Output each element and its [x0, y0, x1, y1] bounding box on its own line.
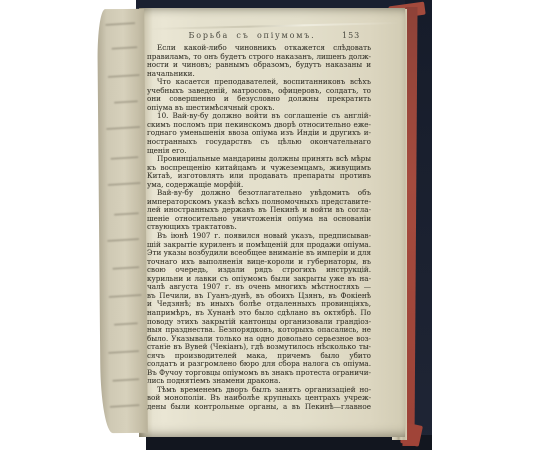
text-line: къ воспрещенію китайцамъ и чужеземцамъ, …	[147, 164, 371, 173]
book-photo: Борьба съ опіумомъ. 153 Если какой-либо …	[0, 0, 550, 450]
text-line: ныя празднества. Безпорядковъ, которыхъ …	[147, 326, 371, 335]
text-line: опіума въ шестимѣсячный срокъ.	[147, 104, 371, 113]
text-line: въ Печили, въ Гуанъ-дунѣ, въ обоихъ Цзян…	[147, 292, 371, 301]
text-line: скимъ посломъ при пекинскомъ дворѣ относ…	[147, 121, 371, 130]
blurred-text-fragment	[109, 294, 142, 298]
text-line: точнаго ихъ выполненія вице-короли и губ…	[147, 258, 371, 267]
blurred-text-fragment	[106, 126, 140, 130]
text-line: поводу этихъ закрытій кантонцы организов…	[147, 318, 371, 327]
text-line: годнаго уменьшенія ввоза опіума изъ Инді…	[147, 129, 371, 138]
text-line: шеніе относительно уничтоженія опіума на…	[147, 215, 371, 224]
blurred-text-fragment	[112, 378, 139, 382]
page-text: Если какой-либо чиновникъ откажется слѣд…	[147, 44, 371, 412]
running-header: Борьба съ опіумомъ.	[147, 31, 357, 40]
text-line: шій закрытіе куриленъ и помѣщеній для пр…	[147, 241, 371, 250]
paragraph: Что касается преподавателей, воспитанник…	[147, 78, 371, 112]
paragraph: Тѣмъ временемъ дворъ былъ занятъ организ…	[147, 386, 371, 412]
text-line: было. Указывали только на одно довольно …	[147, 335, 371, 344]
paragraph: 10. Вай-ву-бу должно войти въ соглашеніе…	[147, 112, 371, 155]
text-line: начальники.	[147, 70, 371, 79]
text-line: Вай-ву-бу должно безотлагательно увѣдоми…	[147, 189, 371, 198]
text-line: вой монополіи. Въ наиболѣе крупныхъ цент…	[147, 394, 371, 403]
blurred-text-fragment	[114, 212, 139, 216]
text-line: правиламъ, то онъ будетъ строго наказанъ…	[147, 53, 371, 62]
paragraph: Въ іюнѣ 1907 г. появился новый указъ, пр…	[147, 232, 371, 386]
text-line: Въ іюнѣ 1907 г. появился новый указъ, пр…	[147, 232, 371, 241]
text-line: лей иностранныхъ державъ въ Пекинѣ и вой…	[147, 206, 371, 215]
blurred-text-fragment	[110, 404, 140, 408]
text-line: они совершенно и безусловно должны прекр…	[147, 95, 371, 104]
blurred-text-fragment	[112, 266, 139, 270]
book-page: Борьба съ опіумомъ. 153 Если какой-либо …	[139, 8, 405, 437]
text-line: ствующихъ трактатовъ.	[147, 223, 371, 232]
text-line: Что касается преподавателей, воспитанник…	[147, 78, 371, 87]
text-line: ностранныхъ государствъ съ цѣлью окончат…	[147, 138, 371, 147]
blurred-text-fragment	[108, 350, 139, 354]
left-page-fore-edge	[97, 9, 148, 433]
text-line: солдатъ и разгромлено бюро для сбора нал…	[147, 360, 371, 369]
blurred-text-fragment	[110, 156, 138, 160]
text-line: чалѣ августа 1907 г. въ очень многихъ мѣ…	[147, 283, 371, 292]
text-line: курильни и лавки съ опіумомъ были закрыт…	[147, 275, 371, 284]
text-line: Если какой-либо чиновникъ откажется слѣд…	[147, 44, 371, 53]
text-line: напримѣръ, въ Хунанѣ это было сдѣлано въ…	[147, 309, 371, 318]
text-line: и Чедзянѣ; въ иныхъ болѣе отдаленныхъ пр…	[147, 300, 371, 309]
text-line: Китаѣ, изготовлять или продавать препара…	[147, 172, 371, 181]
blurred-text-fragment	[111, 46, 137, 50]
text-line: императорскомъ указѣ всѣхъ полномочныхъ …	[147, 198, 371, 207]
text-line: Въ Фучоу торговцы опіумомъ въ знакъ прот…	[147, 369, 371, 378]
text-line: щенія его.	[147, 147, 371, 156]
page-number: 153	[342, 31, 360, 40]
paragraph: Провинціальные мандарины должны принять …	[147, 155, 371, 189]
text-line: сячъ производителей мака, причемъ было у…	[147, 352, 371, 361]
text-line: ума, содержащіе морфій.	[147, 181, 371, 190]
blurred-text-fragment	[108, 182, 141, 186]
blurred-text-fragment	[105, 22, 135, 26]
page-crease	[149, 22, 399, 30]
blurred-text-fragment	[108, 74, 140, 78]
photo-background-bottom	[146, 435, 432, 450]
text-line: свою очередь, издали рядъ строгихъ инстр…	[147, 266, 371, 275]
text-line: дены были контрольные органы, а въ Пекин…	[147, 403, 371, 412]
text-line: учебныхъ заведеній, матросовъ, офицеровъ…	[147, 87, 371, 96]
text-line: Провинціальные мандарины должны принять …	[147, 155, 371, 164]
paragraph: Если какой-либо чиновникъ откажется слѣд…	[147, 44, 371, 78]
text-line: Эти указы возбудили всеобщее вниманіе въ…	[147, 249, 371, 258]
paragraph: Вай-ву-бу должно безотлагательно увѣдоми…	[147, 189, 371, 232]
text-line: станіе въ Вувей (Чекіанъ), гдѣ возмутило…	[147, 343, 371, 352]
blurred-text-fragment	[114, 100, 138, 104]
text-line: лись поднятіемъ знамени дракона.	[147, 377, 371, 386]
text-line: Тѣмъ временемъ дворъ былъ занятъ организ…	[147, 386, 371, 395]
blurred-text-fragment	[107, 238, 139, 242]
text-line: ности и чиновъ; равнымъ образомъ, будутъ…	[147, 61, 371, 70]
text-line: 10. Вай-ву-бу должно войти въ соглашеніе…	[147, 112, 371, 121]
blurred-text-fragment	[114, 322, 138, 326]
